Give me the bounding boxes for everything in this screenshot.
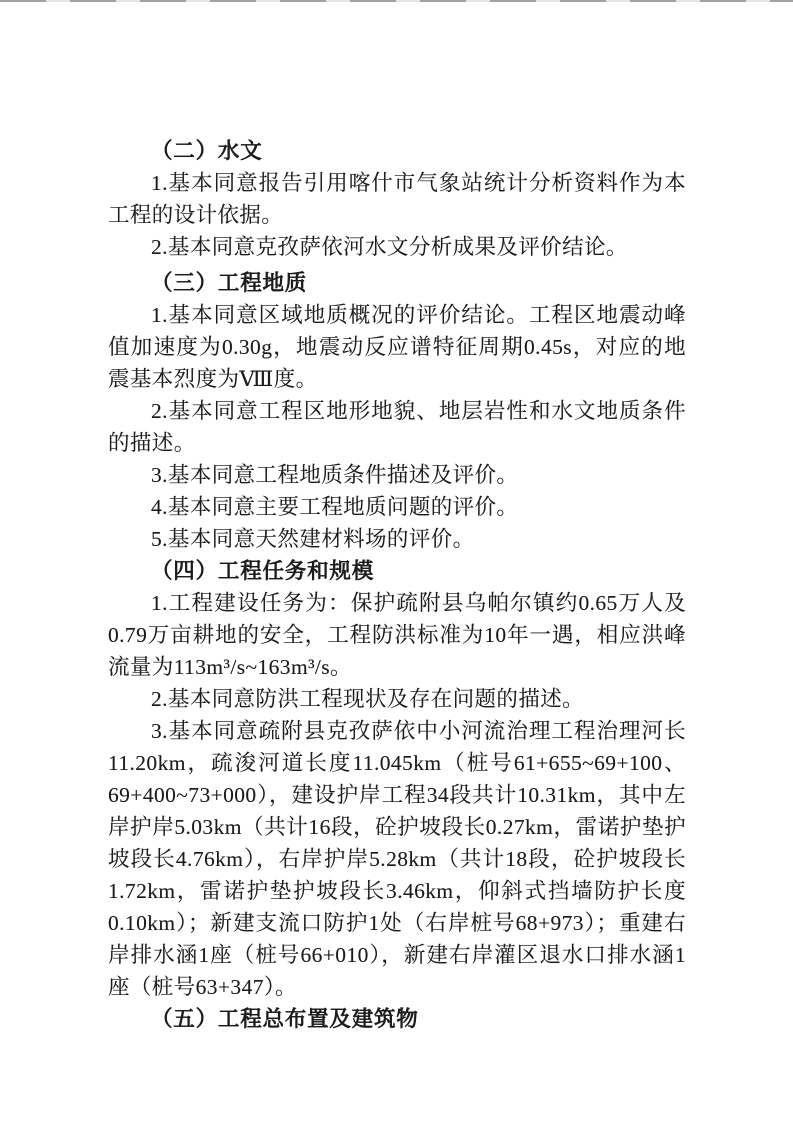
section-heading-engineering-geology: （三）工程地质 [108,267,686,299]
paragraph-geology-3: 3.基本同意工程地质条件描述及评价。 [108,459,686,491]
paragraph-hydrology-2: 2.基本同意克孜萨依河水文分析成果及评价结论。 [108,231,686,263]
paragraph-geology-1: 1.基本同意区域地质概况的评价结论。工程区地震动峰值加速度为0.30g，地震动反… [108,299,686,395]
paragraph-geology-2: 2.基本同意工程区地形地貌、地层岩性和水文地质条件的描述。 [108,395,686,459]
paragraph-tasks-3: 3.基本同意疏附县克孜萨依中小河流治理工程治理河长11.20km，疏浚河道长度1… [108,715,686,1003]
section-heading-tasks-and-scale: （四）工程任务和规模 [108,555,686,587]
paragraph-tasks-1: 1.工程建设任务为：保护疏附县乌帕尔镇约0.65万人及0.79万亩耕地的安全，工… [108,587,686,683]
document-page: （二）水文 1.基本同意报告引用喀什市气象站统计分析资料作为本工程的设计依据。 … [108,135,686,1035]
paragraph-geology-5: 5.基本同意天然建材料场的评价。 [108,523,686,555]
paragraph-hydrology-1: 1.基本同意报告引用喀什市气象站统计分析资料作为本工程的设计依据。 [108,167,686,231]
paragraph-geology-4: 4.基本同意主要工程地质问题的评价。 [108,491,686,523]
section-heading-layout-and-structures: （五）工程总布置及建筑物 [108,1003,686,1035]
section-heading-hydrology: （二）水文 [108,135,686,167]
paragraph-tasks-2: 2.基本同意防洪工程现状及存在问题的描述。 [108,683,686,715]
scan-edge-artifact [0,0,793,2]
